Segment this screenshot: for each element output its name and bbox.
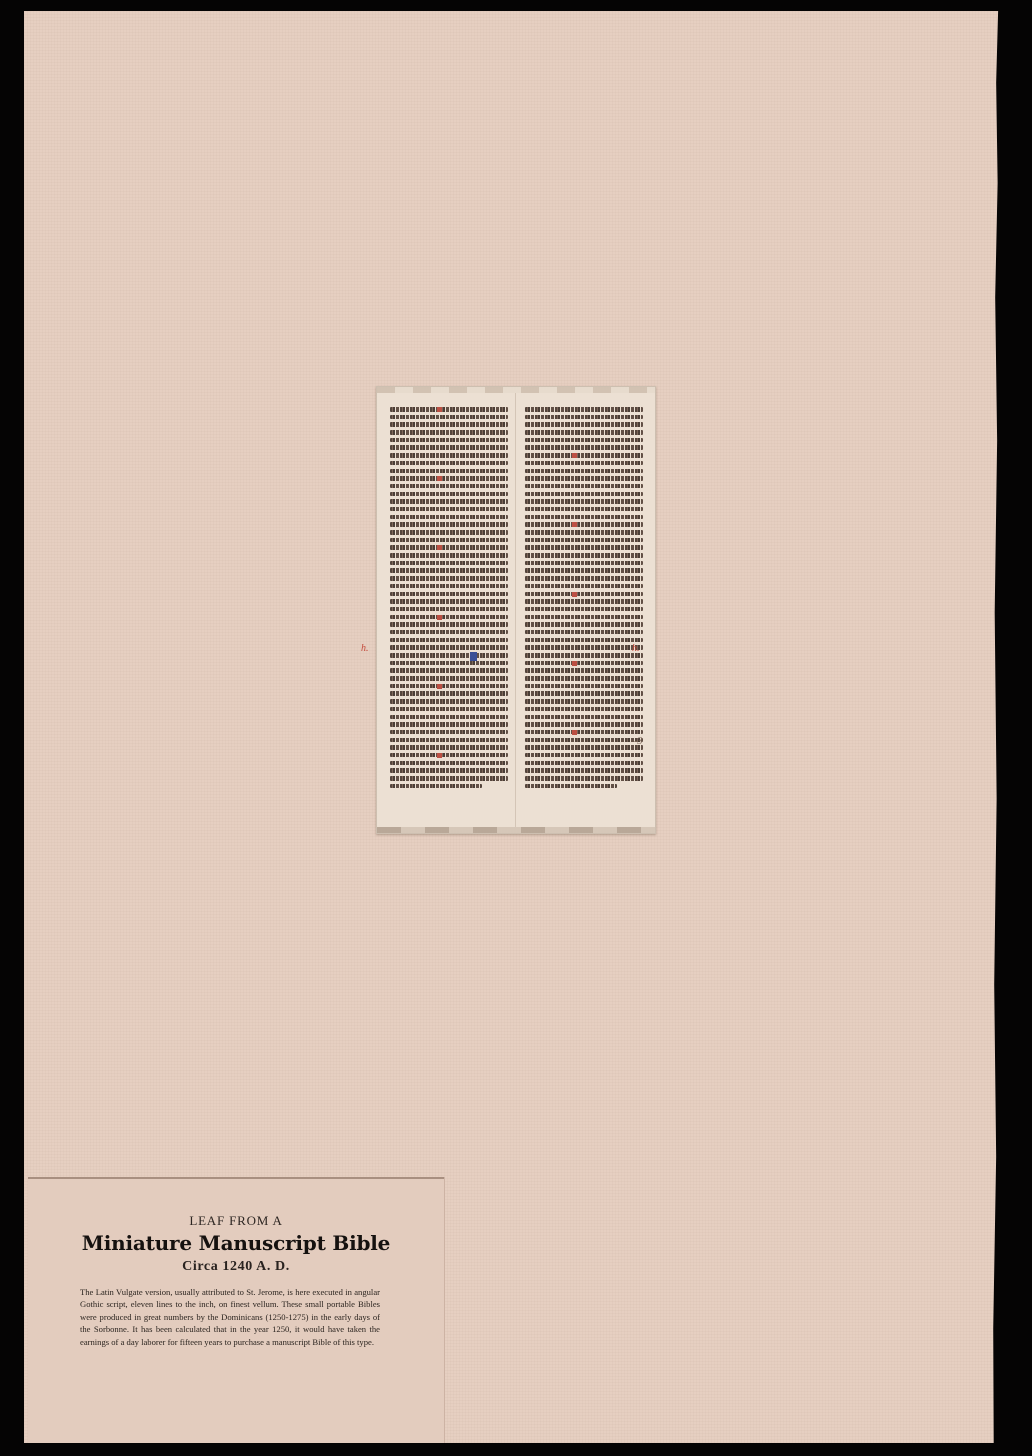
script-line	[525, 530, 643, 535]
script-line	[525, 761, 643, 766]
script-line	[390, 538, 508, 543]
blue-initial	[470, 652, 477, 661]
margin-mark-right: h.	[632, 643, 640, 654]
script-line	[525, 584, 643, 589]
script-line	[525, 622, 643, 627]
script-line	[525, 599, 643, 604]
card-heading-small: LEAF FROM A	[28, 1213, 444, 1229]
script-line	[390, 599, 508, 604]
script-line	[525, 422, 643, 427]
script-line	[390, 684, 508, 689]
script-line	[390, 545, 508, 550]
script-line	[525, 438, 643, 443]
manuscript-column-left	[390, 407, 508, 788]
script-line	[390, 561, 508, 566]
script-line	[390, 430, 508, 435]
script-line	[525, 661, 643, 666]
script-line	[390, 422, 508, 427]
script-line	[390, 638, 508, 643]
script-line	[525, 430, 643, 435]
script-line	[390, 553, 508, 558]
script-line	[525, 638, 643, 643]
script-line	[525, 784, 617, 789]
script-line	[525, 469, 643, 474]
script-line	[390, 761, 508, 766]
script-line	[390, 484, 508, 489]
script-line	[525, 522, 643, 527]
script-line	[390, 784, 482, 789]
script-line	[390, 753, 508, 758]
script-line	[390, 415, 508, 420]
script-line	[390, 715, 508, 720]
script-line	[525, 738, 643, 743]
script-line	[525, 776, 643, 781]
margin-mark-left: h.	[361, 643, 369, 654]
manuscript-leaf	[376, 386, 656, 834]
script-line	[525, 484, 643, 489]
script-line	[390, 568, 508, 573]
script-line	[525, 768, 643, 773]
card-heading-large: Miniature Manuscript Bible	[28, 1231, 444, 1255]
script-line	[390, 668, 508, 673]
script-line	[525, 476, 643, 481]
script-line	[525, 607, 643, 612]
script-line	[390, 645, 508, 650]
script-line	[390, 661, 508, 666]
script-line	[390, 492, 508, 497]
script-line	[525, 730, 643, 735]
script-line	[525, 630, 643, 635]
script-line	[390, 630, 508, 635]
script-line	[390, 699, 508, 704]
script-line	[525, 515, 643, 520]
script-line	[390, 691, 508, 696]
manuscript-column-right	[525, 407, 643, 788]
script-line	[525, 545, 643, 550]
script-line	[390, 707, 508, 712]
script-line	[390, 453, 508, 458]
script-line	[390, 438, 508, 443]
script-line	[390, 622, 508, 627]
script-line	[390, 592, 508, 597]
script-line	[390, 499, 508, 504]
script-line	[525, 715, 643, 720]
script-line	[390, 615, 508, 620]
script-line	[525, 538, 643, 543]
script-line	[390, 768, 508, 773]
script-line	[525, 507, 643, 512]
script-line	[525, 753, 643, 758]
column-gutter	[515, 393, 516, 827]
script-line	[525, 568, 643, 573]
script-line	[525, 691, 643, 696]
margin-mark-right-lower: -3	[634, 736, 642, 747]
script-line	[390, 576, 508, 581]
label-card: LEAF FROM A Miniature Manuscript Bible C…	[28, 1177, 444, 1443]
script-line	[390, 461, 508, 466]
script-line	[390, 607, 508, 612]
script-line	[525, 592, 643, 597]
script-line	[525, 499, 643, 504]
script-line	[525, 453, 643, 458]
script-line	[390, 407, 508, 412]
script-line	[390, 530, 508, 535]
script-line	[525, 576, 643, 581]
script-line	[525, 707, 643, 712]
script-line	[525, 722, 643, 727]
script-line	[390, 584, 508, 589]
script-line	[525, 668, 643, 673]
script-line	[525, 492, 643, 497]
script-line	[525, 645, 643, 650]
script-line	[390, 522, 508, 527]
script-line	[525, 615, 643, 620]
script-line	[525, 699, 643, 704]
script-line	[525, 653, 643, 658]
script-line	[525, 676, 643, 681]
card-description: The Latin Vulgate version, usually attri…	[80, 1286, 380, 1348]
script-line	[390, 653, 508, 658]
script-line	[390, 738, 508, 743]
script-line	[390, 745, 508, 750]
script-line	[525, 684, 643, 689]
script-line	[525, 415, 643, 420]
script-line	[390, 776, 508, 781]
script-line	[390, 676, 508, 681]
script-line	[390, 469, 508, 474]
script-line	[390, 476, 508, 481]
script-line	[525, 561, 643, 566]
script-line	[390, 722, 508, 727]
script-line	[525, 407, 643, 412]
script-line	[390, 515, 508, 520]
script-line	[525, 553, 643, 558]
script-line	[390, 445, 508, 450]
leaf-top-edge	[377, 387, 655, 393]
leaf-bottom-edge	[377, 827, 655, 833]
script-line	[525, 445, 643, 450]
script-line	[525, 461, 643, 466]
script-line	[390, 730, 508, 735]
script-line	[390, 507, 508, 512]
script-line	[525, 745, 643, 750]
card-subheading: Circa 1240 A. D.	[28, 1259, 444, 1275]
